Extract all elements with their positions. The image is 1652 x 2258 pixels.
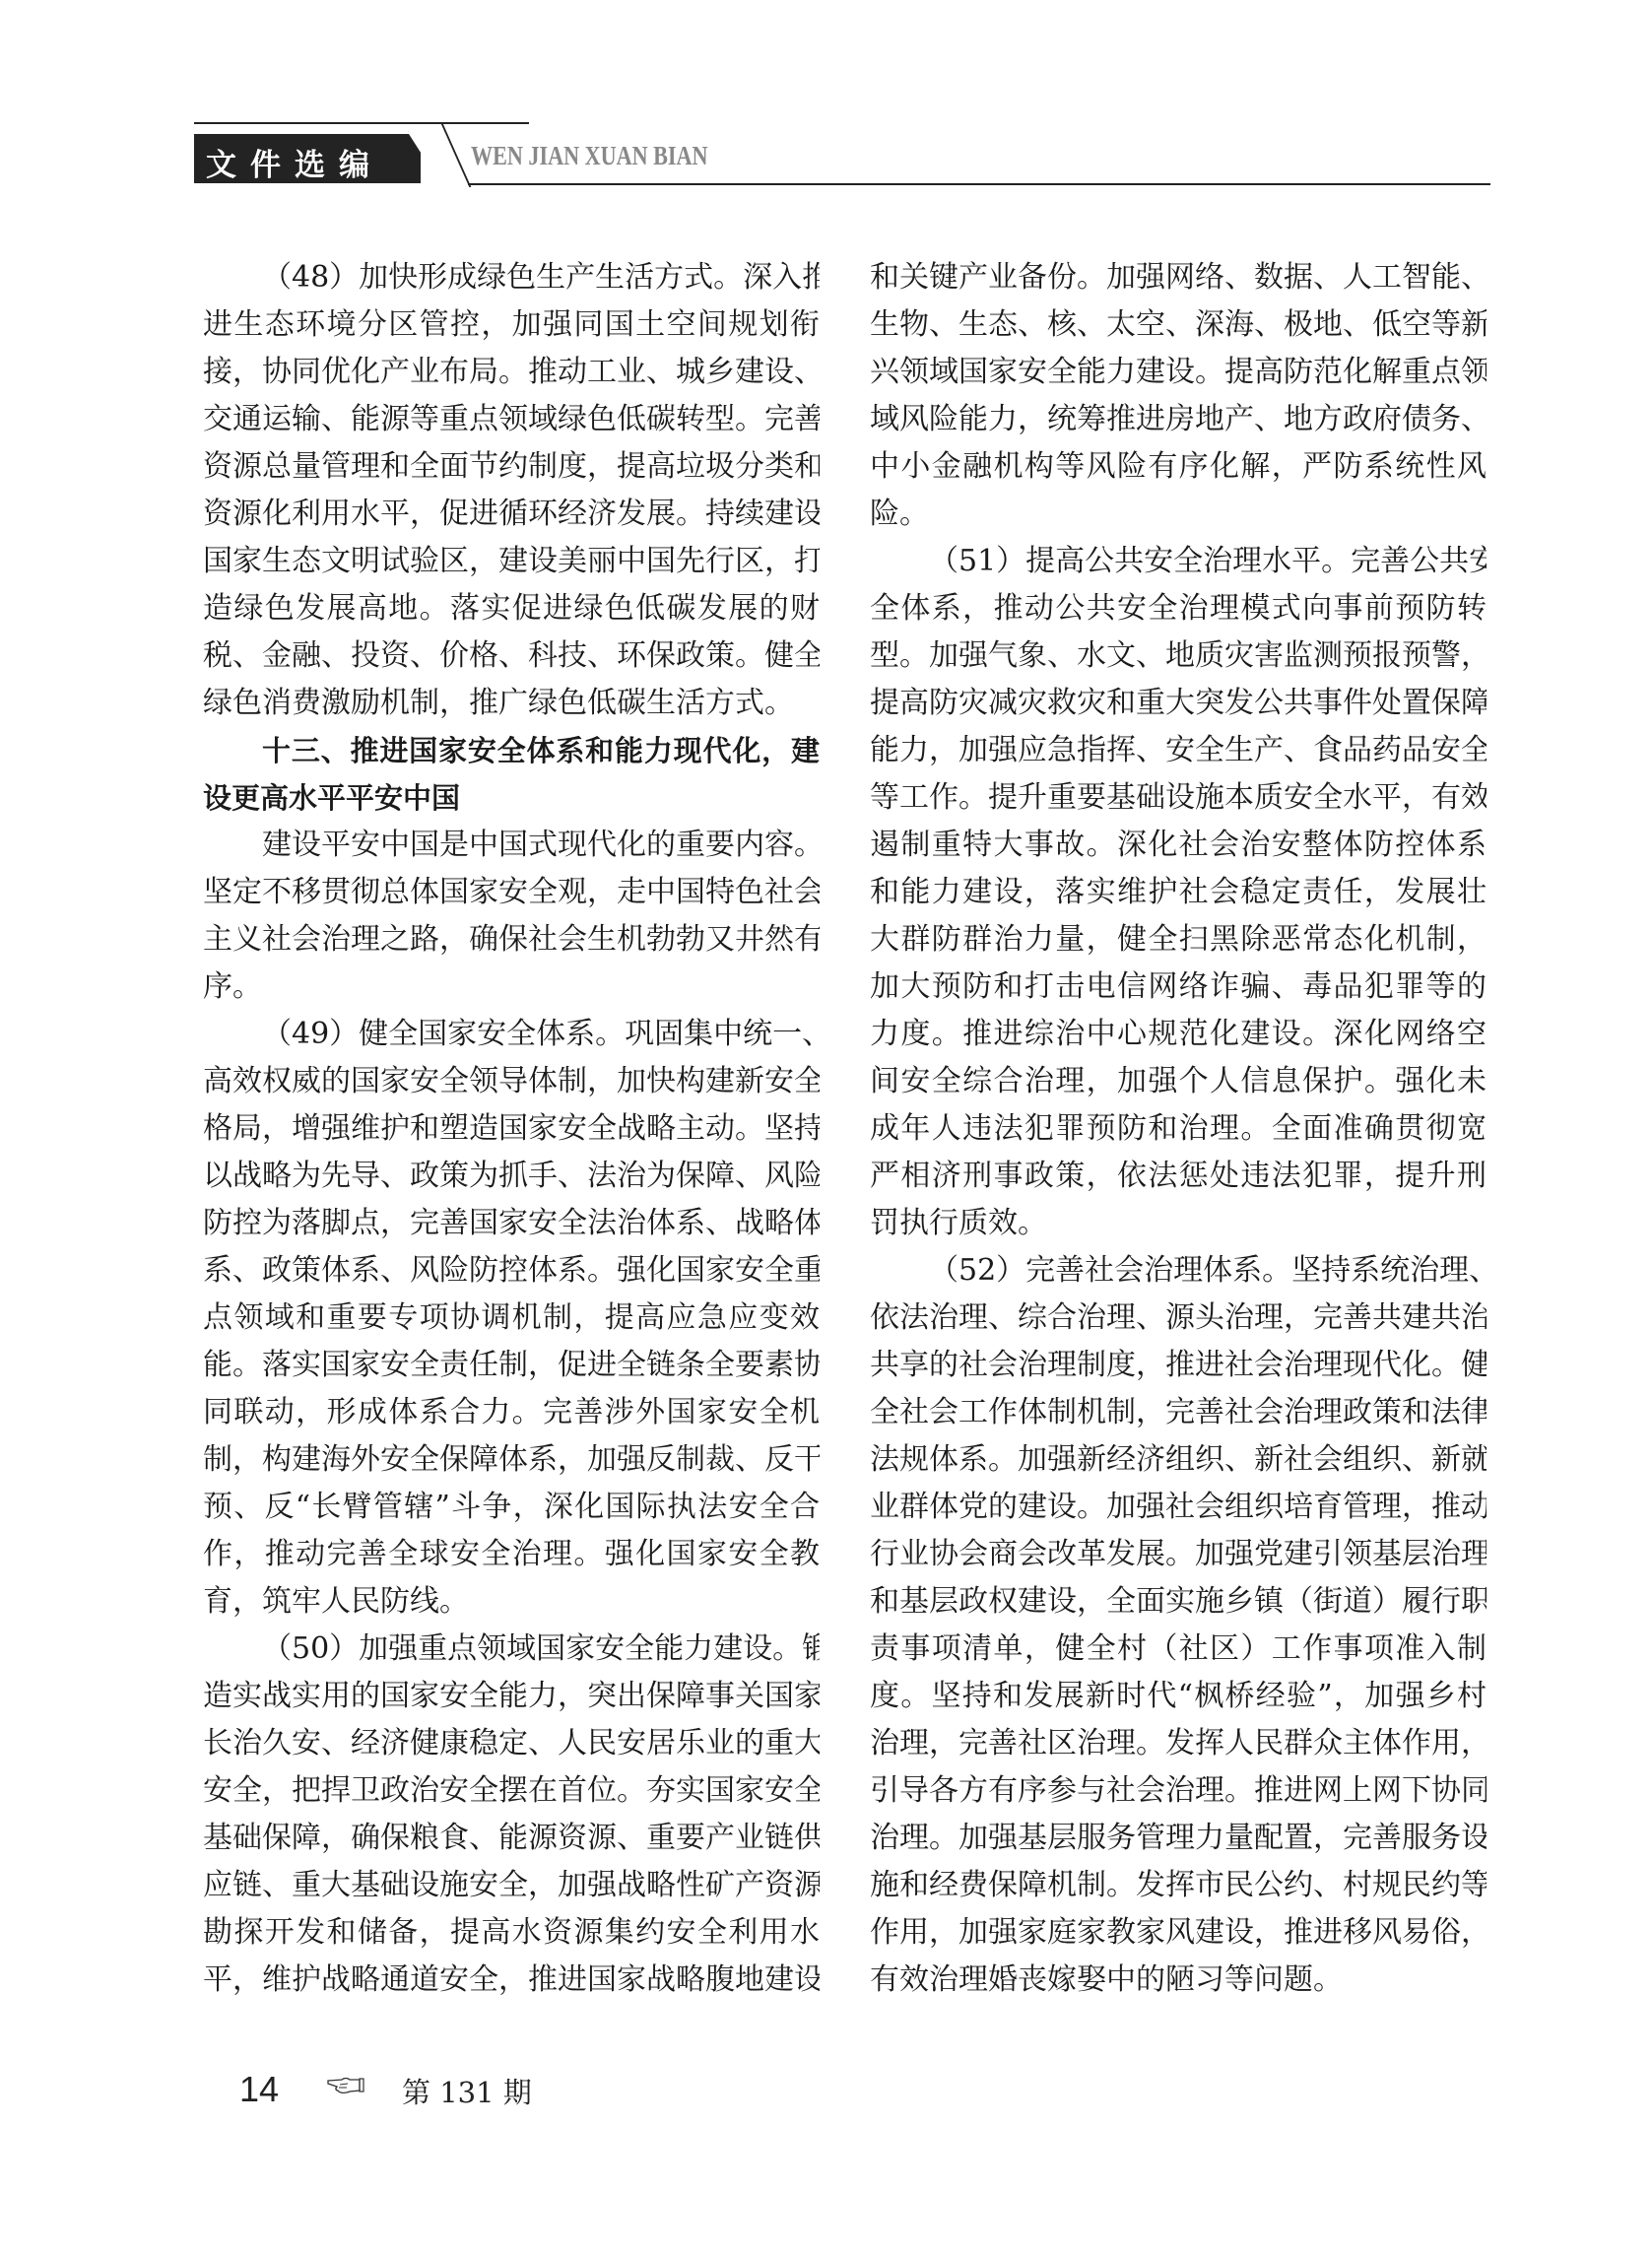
left-text-column: （48）加快形成绿色生产生活方式。深入推进生态环境分区管控，加强同国土空间规划衔… [203,254,820,2004]
text-line: （52）完善社会治理体系。坚持系统治理、 [870,1247,1487,1295]
text-line: （50）加强重点领域国家安全能力建设。锻 [203,1626,820,1673]
text-line: 防控为落脚点，完善国家安全法治体系、战略体 [203,1200,820,1247]
page-header: 文件选编 WEN JIAN XUAN BIAN [194,122,1490,185]
text-line: 资源总量管理和全面节约制度，提高垃圾分类和 [203,443,820,491]
text-line: 提高防灾减灾救灾和重大突发公共事件处置保障 [870,680,1487,727]
issue-number: 第 131 期 [402,2071,532,2111]
text-line: 造实战实用的国家安全能力，突出保障事关国家 [203,1673,820,1720]
text-line: 主义社会治理之路，确保社会生机勃勃又井然有 [203,916,820,963]
text-line: 进生态环境分区管控，加强同国土空间规划衔 [203,301,820,349]
text-line: 加大预防和打击电信网络诈骗、毒品犯罪等的 [870,963,1487,1011]
text-line: 以战略为先导、政策为抓手、法治为保障、风险 [203,1153,820,1200]
text-line: 勘探开发和储备，提高水资源集约安全利用水 [203,1909,820,1957]
text-line: 制，构建海外安全保障体系，加强反制裁、反干 [203,1436,820,1484]
text-line: 生物、生态、核、太空、深海、极地、低空等新 [870,301,1487,349]
text-line: 接，协同优化产业布局。推动工业、城乡建设、 [203,349,820,396]
text-line: 引导各方有序参与社会治理。推进网上网下协同 [870,1767,1487,1815]
text-line: 中小金融机构等风险有序化解，严防系统性风 [870,443,1487,491]
right-text-column: 和关键产业备份。加强网络、数据、人工智能、生物、生态、核、太空、深海、极地、低空… [870,254,1487,2004]
text-line: （51）提高公共安全治理水平。完善公共安 [870,538,1487,585]
section-title-en: WEN JIAN XUAN BIAN [471,141,707,171]
text-line: 力度。推进综治中心规范化建设。深化网络空 [870,1011,1487,1058]
text-line: 遏制重特大事故。深化社会治安整体防控体系 [870,822,1487,869]
text-line: 作用，加强家庭家教家风建设，推进移风易俗， [870,1909,1487,1957]
text-line: 税、金融、投资、价格、科技、环保政策。健全 [203,632,820,680]
text-line: 间安全综合治理，加强个人信息保护。强化未 [870,1058,1487,1105]
text-line: 交通运输、能源等重点领域绿色低碳转型。完善 [203,396,820,443]
text-line: 共享的社会治理制度，推进社会治理现代化。健 [870,1342,1487,1389]
section-title-cn: 文件选编 [206,140,383,184]
text-line: 治理。加强基层服务管理力量配置，完善服务设 [870,1815,1487,1862]
text-line: 全社会工作体制机制，完善社会治理政策和法律 [870,1389,1487,1436]
header-bottom-rule [468,183,1490,185]
text-line: 资源化利用水平，促进循环经济发展。持续建设 [203,491,820,538]
text-line: 坚定不移贯彻总体国家安全观，走中国特色社会 [203,869,820,916]
text-line: 系、政策体系、风险防控体系。强化国家安全重 [203,1247,820,1295]
text-line: 长治久安、经济健康稳定、人民安居乐业的重大 [203,1720,820,1767]
text-line: 严相济刑事政策，依法惩处违法犯罪，提升刑 [870,1153,1487,1200]
page-number: 14 [239,2069,279,2110]
text-line: （48）加快形成绿色生产生活方式。深入推 [203,254,820,301]
text-line: 绿色消费激励机制，推广绿色低碳生活方式。 [203,680,820,727]
text-line: 能力，加强应急指挥、安全生产、食品药品安全 [870,727,1487,774]
text-line: 等工作。提升重要基础设施本质安全水平，有效 [870,774,1487,822]
section-heading-line: 十三、推进国家安全体系和能力现代化，建 [203,727,820,774]
text-line: 能。落实国家安全责任制，促进全链条全要素协 [203,1342,820,1389]
text-line: 应链、重大基础设施安全，加强战略性矿产资源 [203,1862,820,1909]
text-line: 和基层政权建设，全面实施乡镇（街道）履行职 [870,1578,1487,1626]
text-line: 平，维护战略通道安全，推进国家战略腹地建设 [203,1957,820,2004]
text-line: 业群体党的建设。加强社会组织培育管理，推动 [870,1484,1487,1531]
text-line: 度。坚持和发展新时代“枫桥经验”，加强乡村 [870,1673,1487,1720]
text-line: 大群防群治力量，健全扫黑除恶常态化机制， [870,916,1487,963]
text-line: 安全，把捍卫政治安全摆在首位。夯实国家安全 [203,1767,820,1815]
text-line: 建设平安中国是中国式现代化的重要内容。 [203,822,820,869]
text-line: （49）健全国家安全体系。巩固集中统一、 [203,1011,820,1058]
text-line: 有效治理婚丧嫁娶中的陋习等问题。 [870,1957,1487,2004]
section-tab: 文件选编 [194,134,421,183]
text-line: 点领域和重要专项协调机制，提高应急应变效 [203,1295,820,1342]
text-line: 兴领域国家安全能力建设。提高防范化解重点领 [870,349,1487,396]
text-line: 法规体系。加强新经济组织、新社会组织、新就 [870,1436,1487,1484]
text-line: 同联动，形成体系合力。完善涉外国家安全机 [203,1389,820,1436]
text-line: 罚执行质效。 [870,1200,1487,1247]
section-heading-line: 设更高水平平安中国 [203,774,820,822]
text-line: 国家生态文明试验区，建设美丽中国先行区，打 [203,538,820,585]
text-line: 序。 [203,963,820,1011]
text-line: 治理，完善社区治理。发挥人民群众主体作用， [870,1720,1487,1767]
text-line: 依法治理、综合治理、源头治理，完善共建共治 [870,1295,1487,1342]
text-line: 造绿色发展高地。落实促进绿色低碳发展的财 [203,585,820,632]
text-line: 型。加强气象、水文、地质灾害监测预报预警， [870,632,1487,680]
text-line: 和能力建设，落实维护社会稳定责任，发展壮 [870,869,1487,916]
header-slash-rule [440,122,471,187]
text-line: 格局，增强维护和塑造国家安全战略主动。坚持 [203,1105,820,1153]
text-line: 作，推动完善全球安全治理。强化国家安全教 [203,1531,820,1578]
text-line: 育，筑牢人民防线。 [203,1578,820,1626]
header-top-rule [194,122,529,124]
text-line: 预、反“长臂管辖”斗争，深化国际执法安全合 [203,1484,820,1531]
pointing-hand-icon [326,2075,365,2096]
text-line: 域风险能力，统筹推进房地产、地方政府债务、 [870,396,1487,443]
text-line: 全体系，推动公共安全治理模式向事前预防转 [870,585,1487,632]
text-line: 行业协会商会改革发展。加强党建引领基层治理 [870,1531,1487,1578]
text-line: 高效权威的国家安全领导体制，加快构建新安全 [203,1058,820,1105]
text-line: 险。 [870,491,1487,538]
text-line: 施和经费保障机制。发挥市民公约、村规民约等 [870,1862,1487,1909]
text-line: 和关键产业备份。加强网络、数据、人工智能、 [870,254,1487,301]
text-line: 责事项清单，健全村（社区）工作事项准入制 [870,1626,1487,1673]
text-line: 基础保障，确保粮食、能源资源、重要产业链供 [203,1815,820,1862]
text-line: 成年人违法犯罪预防和治理。全面准确贯彻宽 [870,1105,1487,1153]
